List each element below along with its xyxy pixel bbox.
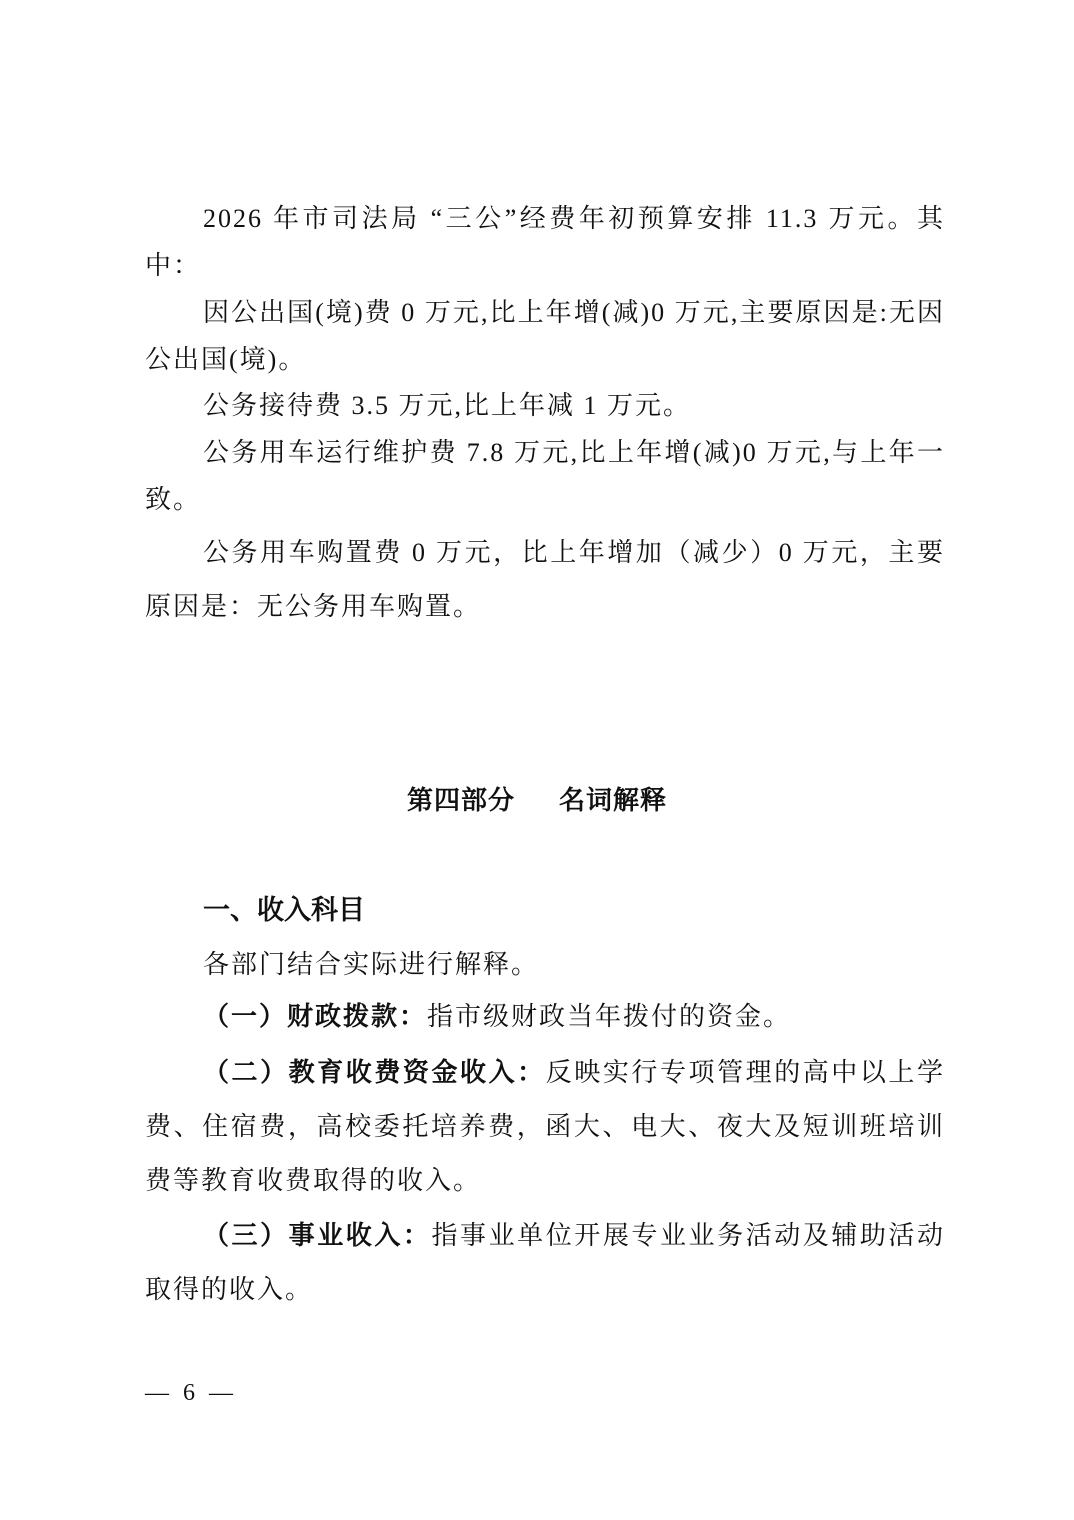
definition-text: 指市级财政当年拨付的资金。	[427, 1002, 791, 1031]
reception-expense-paragraph: 公务接待费 3.5 万元,比上年减 1 万元。	[145, 382, 945, 429]
page-number: — 6 —	[145, 1380, 237, 1407]
three-public-budget-summary: 2026 年市司法局 “三公”经费年初预算安排 11.3 万元。其中：	[145, 195, 945, 289]
part-four-name: 名词解释	[559, 785, 667, 815]
part-four-label: 第四部分	[407, 785, 515, 815]
definition-label: （一）财政拨款：	[203, 1002, 427, 1031]
definition-business-income: （三）事业收入：指事业单位开展专业业务活动及辅助活动取得的收入。	[145, 1209, 945, 1317]
income-items-heading: 一、收入科目	[203, 888, 365, 927]
definition-label: （二）教育收费资金收入：	[203, 1058, 546, 1087]
income-items-intro: 各部门结合实际进行解释。	[145, 941, 945, 988]
definition-fiscal-appropriation: （一）财政拨款：指市级财政当年拨付的资金。	[145, 990, 945, 1044]
overseas-travel-expense-paragraph: 因公出国(境)费 0 万元,比上年增(减)0 万元,主要原因是:无因公出国(境)…	[145, 289, 945, 383]
vehicle-purchase-expense-paragraph: 公务用车购置费 0 万元，比上年增加（减少）0 万元，主要原因是：无公务用车购置…	[145, 526, 945, 634]
definition-education-fee-income: （二）教育收费资金收入：反映实行专项管理的高中以上学费、住宿费，高校委托培养费，…	[145, 1046, 945, 1208]
document-page: 2026 年市司法局 “三公”经费年初预算安排 11.3 万元。其中： 因公出国…	[0, 0, 1074, 1520]
part-four-title: 第四部分名词解释	[0, 780, 1074, 817]
definition-label: （三）事业收入：	[203, 1221, 431, 1250]
vehicle-maintenance-expense-paragraph: 公务用车运行维护费 7.8 万元,比上年增(减)0 万元,与上年一致。	[145, 429, 945, 523]
